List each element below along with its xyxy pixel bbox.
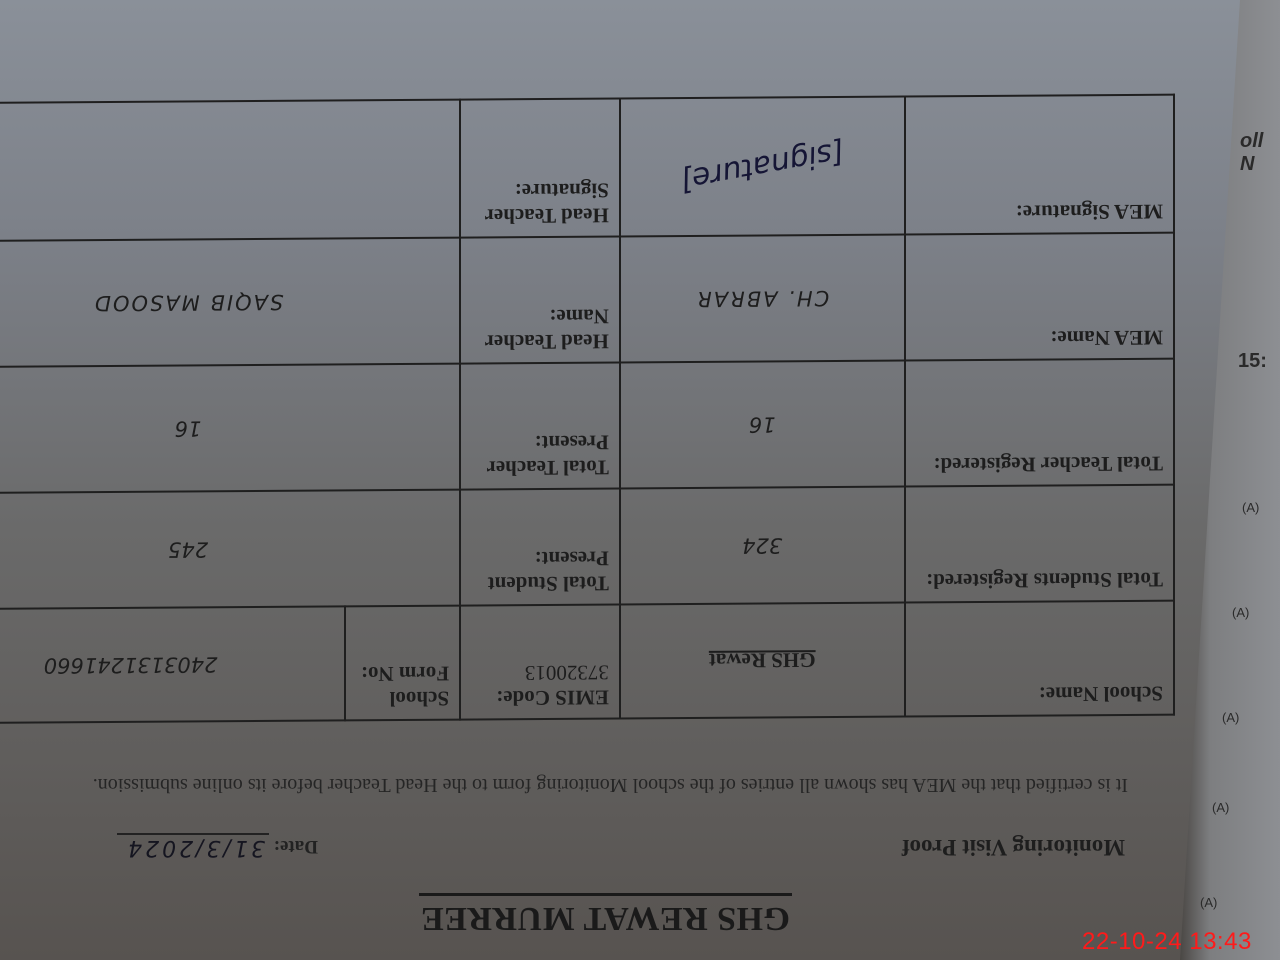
table-row: School Name: GHS Rewat EMIS Code: 373200… (0, 601, 1174, 724)
mea-name-value: CH. ABRAR (620, 234, 905, 362)
teachers-registered-value: 16 (620, 360, 905, 488)
form-subtitle: Monitoring Visit Proof (902, 834, 1125, 860)
emis-code-cell: EMIS Code: 37320013 (460, 604, 620, 719)
head-teacher-name-value: SAQIB MASOOD (0, 238, 460, 368)
table-row: MEA Signature: [signature] Head Teacher … (0, 95, 1174, 242)
edge-text: (A) (1200, 895, 1217, 910)
head-teacher-signature-label: Head Teacher Signature: (460, 98, 620, 237)
date-field: Date: 31/3/2024 (117, 835, 318, 860)
mea-name-label: MEA Name: (905, 233, 1174, 361)
emis-code-value: 37320013 (471, 660, 609, 686)
students-registered-value: 324 (620, 486, 905, 604)
table-row: Total Teacher Registered: 16 Total Teach… (0, 359, 1174, 494)
signature-scribble: [signature] (678, 134, 847, 198)
edge-text: (A) (1222, 710, 1239, 725)
monitoring-table: School Name: GHS Rewat EMIS Code: 373200… (0, 94, 1175, 725)
date-value: 31/3/2024 (117, 833, 269, 860)
edge-text: 15: (1238, 350, 1267, 373)
table-row: Total Students Registered: 324 Total Stu… (0, 485, 1174, 610)
school-name-value: GHS Rewat (620, 602, 905, 718)
school-form-no-value: 2403131241660 (0, 606, 345, 723)
table-row: MEA Name: CH. ABRAR Head Teacher Name: S… (0, 233, 1174, 368)
students-registered-label: Total Students Registered: (905, 485, 1174, 603)
date-label: Date: (274, 836, 318, 857)
edge-text: (A) (1242, 500, 1259, 515)
school-title: GHS REWAT MURREE (419, 893, 792, 940)
camera-timestamp: 22-10-24 13:43 (1082, 928, 1252, 956)
edge-text: (A) (1212, 800, 1229, 815)
head-teacher-signature-value (0, 100, 460, 242)
monitoring-form-sheet: GHS REWAT MURREE Monitoring Visit Proof … (0, 0, 1280, 960)
edge-text: (A) (1232, 605, 1249, 620)
teachers-present-label: Total Teacher Present: (460, 362, 620, 489)
teachers-present-value: 16 (0, 364, 460, 494)
edge-text: oll N (1240, 130, 1280, 176)
mea-signature-label: MEA Signature: (905, 95, 1174, 235)
students-present-value: 245 (0, 490, 460, 610)
head-teacher-name-label: Head Teacher Name: (460, 236, 620, 363)
teachers-registered-label: Total Teacher Registered: (905, 359, 1174, 487)
emis-code-label: EMIS Code: (471, 685, 609, 711)
certification-text: It is certified that the MEA has shown a… (0, 770, 1128, 800)
students-present-label: Total Student Present: (460, 488, 620, 605)
school-form-no-label: School Form No: (345, 606, 460, 721)
mea-signature-value: [signature] (620, 96, 905, 236)
school-name-label: School Name: (905, 601, 1174, 717)
